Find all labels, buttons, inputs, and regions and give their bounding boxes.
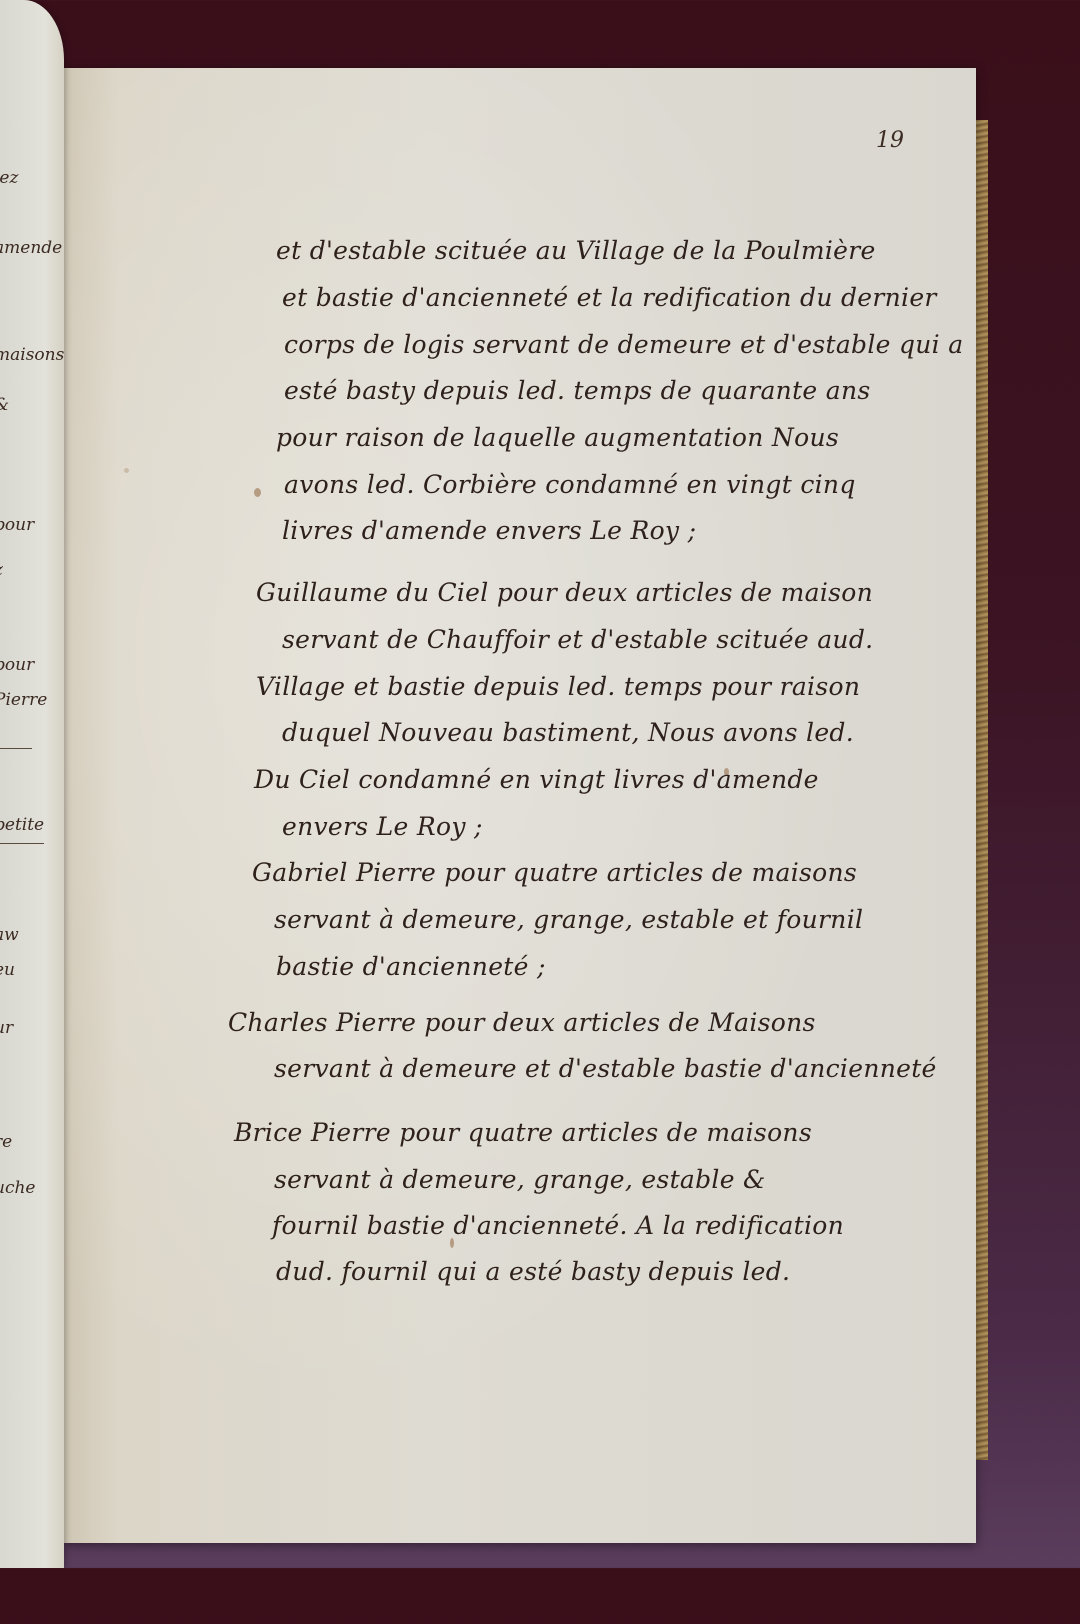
left-page-fragment: Pierre — [0, 690, 47, 710]
left-page-fragment: eu — [0, 960, 15, 980]
manuscript-page: 19 et d'estable scituée au Village de la… — [64, 68, 976, 1543]
left-page-fragment: uche — [0, 1178, 35, 1198]
manuscript-line: esté basty depuis led. temps de quarante… — [284, 376, 871, 405]
manuscript-line: Gabriel Pierre pour quatre articles de m… — [252, 858, 857, 887]
left-page-fragment: z — [0, 560, 3, 580]
left-page-fragment: amende — [0, 238, 62, 258]
manuscript-line: servant à demeure et d'estable bastie d'… — [274, 1054, 937, 1083]
left-page-fragment: maisons — [0, 345, 64, 365]
left-page-fragment: aw — [0, 925, 19, 945]
left-page-fragment: lez — [0, 168, 18, 188]
left-page-fragment: pour — [0, 655, 34, 675]
manuscript-line: Du Ciel condamné en vingt livres d'amend… — [254, 765, 819, 794]
manuscript-line: corps de logis servant de demeure et d'e… — [284, 330, 963, 359]
manuscript-line: et d'estable scituée au Village de la Po… — [276, 236, 876, 265]
manuscript-line: et bastie d'ancienneté et la redificatio… — [282, 283, 937, 312]
manuscript-line: fournil bastie d'ancienneté. A la redifi… — [272, 1211, 844, 1240]
left-page-fragment: & — [0, 395, 9, 415]
manuscript-line: dud. fournil qui a esté basty depuis led… — [276, 1257, 790, 1286]
left-page-fragment: petite — [0, 815, 44, 835]
manuscript-line: envers Le Roy ; — [282, 812, 483, 841]
manuscript-line: Brice Pierre pour quatre articles de mai… — [234, 1118, 812, 1147]
manuscript-line: servant à demeure, grange, estable et fo… — [274, 905, 863, 934]
manuscript-line: duquel Nouveau bastiment, Nous avons led… — [282, 718, 854, 747]
left-page-fragment: re — [0, 1132, 12, 1152]
manuscript-line: Charles Pierre pour deux articles de Mai… — [228, 1008, 816, 1037]
manuscript-line: Village et bastie depuis led. temps pour… — [256, 672, 860, 701]
manuscript-line: livres d'amende envers Le Roy ; — [282, 516, 696, 545]
manuscript-line: Guillaume du Ciel pour deux articles de … — [256, 578, 873, 607]
manuscript-line: servant à demeure, grange, estable & — [274, 1165, 766, 1194]
ink-stain — [124, 468, 129, 473]
left-page-rule — [0, 748, 32, 749]
facing-left-page: lez amende maisons & pour z pour Pierre … — [0, 0, 64, 1568]
manuscript-line: bastie d'ancienneté ; — [276, 952, 546, 981]
left-page-rule — [0, 843, 44, 844]
ink-stain — [254, 488, 261, 497]
left-page-fragment: ur — [0, 1018, 13, 1038]
manuscript-line: pour raison de laquelle augmentation Nou… — [276, 423, 839, 452]
manuscript-line: avons led. Corbière condamné en vingt ci… — [284, 470, 856, 499]
left-page-fragment: pour — [0, 515, 34, 535]
gilt-page-edge — [976, 120, 988, 1460]
manuscript-line: servant de Chauffoir et d'estable scitué… — [282, 625, 873, 654]
page-number: 19 — [876, 128, 904, 153]
